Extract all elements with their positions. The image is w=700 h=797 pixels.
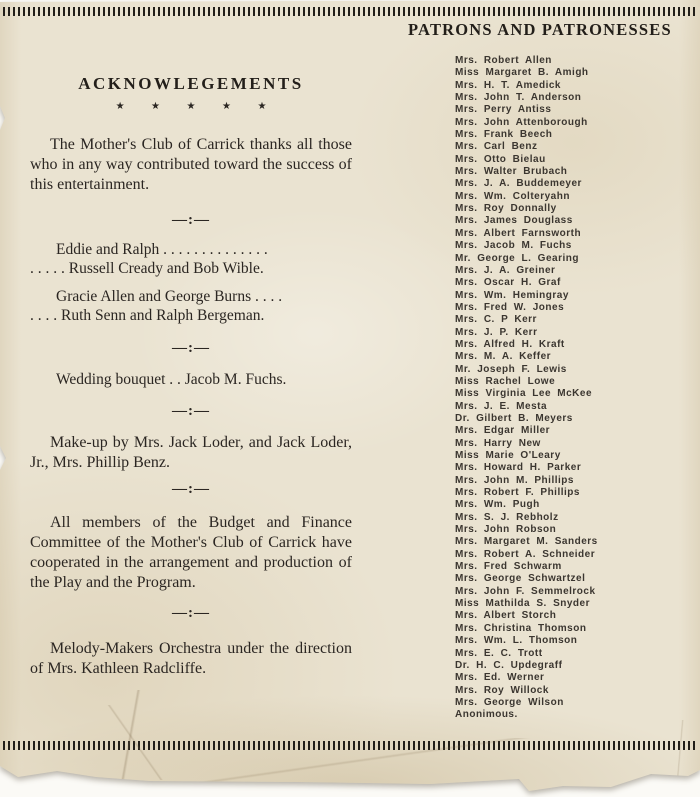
patron-name: Miss Rachel Lowe	[455, 376, 694, 388]
patron-name: Mrs. S. J. Rebholz	[455, 512, 694, 524]
stars-divider: ★ ★ ★ ★ ★	[30, 101, 352, 112]
patron-name: Mrs. Ed. Werner	[455, 672, 694, 684]
patron-name: Anonimous.	[455, 709, 694, 721]
patron-name: Mrs. Walter Brubach	[455, 166, 694, 178]
patron-name: Dr. H. C. Updegraff	[455, 660, 694, 672]
orchestra-paragraph: Melody-Makers Orchestra under the direct…	[30, 639, 352, 679]
patron-name: Mr. George L. Gearing	[455, 253, 694, 265]
patron-name: Miss Mathilda S. Snyder	[455, 598, 694, 610]
patron-name: Mrs. C. P Kerr	[455, 314, 694, 326]
patron-name: Mrs. Fred W. Jones	[455, 302, 694, 314]
makeup-paragraph: Make-up by Mrs. Jack Loder, and Jack Lod…	[30, 433, 352, 473]
patron-name: Mrs. Otto Bielau	[455, 154, 694, 166]
patron-name: Mrs. J. A. Buddemeyer	[455, 178, 694, 190]
patron-name: Mrs. Wm. Pugh	[455, 499, 694, 511]
patron-name: Mrs. Albert Storch	[455, 610, 694, 622]
patron-name: Mrs. Alfred H. Kraft	[455, 339, 694, 351]
patron-name: Mr. Joseph F. Lewis	[455, 364, 694, 376]
credit-eddie-ralph: Eddie and Ralph . . . . . . . . . . . . …	[30, 240, 352, 278]
patron-name: Mrs. Margaret M. Sanders	[455, 536, 694, 548]
patron-name: Mrs. James Douglass	[455, 215, 694, 227]
patrons-list: Mrs. Robert AllenMiss Margaret B. AmighM…	[408, 55, 694, 722]
patron-name: Mrs. Robert A. Schneider	[455, 549, 694, 561]
decorative-border-top	[3, 7, 697, 16]
patron-name: Mrs. John F. Semmelrock	[455, 586, 694, 598]
patron-name: Mrs. John T. Anderson	[455, 92, 694, 104]
patron-name: Mrs. J. E. Mesta	[455, 401, 694, 413]
patron-name: Miss Virginia Lee McKee	[455, 388, 694, 400]
patron-name: Mrs. John M. Phillips	[455, 475, 694, 487]
paper-sheet: ACKNOWLEGEMENTS ★ ★ ★ ★ ★ The Mother's C…	[0, 0, 700, 793]
patron-name: Mrs. Robert F. Phillips	[455, 487, 694, 499]
patron-name: Mrs. M. A. Keffer	[455, 351, 694, 363]
patron-name: Dr. Gilbert B. Meyers	[455, 413, 694, 425]
patron-name: Mrs. Jacob M. Fuchs	[455, 240, 694, 252]
acknowledgements-section: ACKNOWLEGEMENTS ★ ★ ★ ★ ★ The Mother's C…	[30, 74, 352, 679]
decorative-border-bottom	[3, 741, 697, 750]
credit-gracie-george: Gracie Allen and George Burns . . . . . …	[30, 287, 352, 325]
patron-name: Mrs. Carl Benz	[455, 141, 694, 153]
patron-name: Mrs. Albert Farnsworth	[455, 228, 694, 240]
credit-line: . . . . . Russell Cready and Bob Wible.	[30, 260, 264, 277]
patron-name: Mrs. H. T. Amedick	[455, 80, 694, 92]
credit-line: Eddie and Ralph . . . . . . . . . . . . …	[30, 241, 268, 258]
patron-name: Mrs. Wm. Colteryahn	[455, 191, 694, 203]
patron-name: Mrs. Roy Willock	[455, 685, 694, 697]
patron-name: Mrs. Howard H. Parker	[455, 462, 694, 474]
patron-name: Mrs. George Schwartzel	[455, 573, 694, 585]
section-divider: —:—	[30, 212, 352, 229]
patron-name: Mrs. E. C. Trott	[455, 648, 694, 660]
section-divider: —:—	[30, 340, 352, 357]
patron-name: Mrs. J. P. Kerr	[455, 327, 694, 339]
patron-name: Mrs. Perry Antiss	[455, 104, 694, 116]
patron-name: Mrs. John Robson	[455, 524, 694, 536]
committee-paragraph: All members of the Budget and Finance Co…	[30, 513, 352, 593]
patron-name: Mrs. George Wilson	[455, 697, 694, 709]
patron-name: Mrs. Wm. Hemingray	[455, 290, 694, 302]
patrons-heading: PATRONS AND PATRONESSES	[408, 20, 694, 40]
patron-name: Mrs. Harry New	[455, 438, 694, 450]
patron-name: Mrs. Roy Donnally	[455, 203, 694, 215]
acknowledgements-heading: ACKNOWLEGEMENTS	[30, 74, 352, 94]
patron-name: Mrs. Frank Beech	[455, 129, 694, 141]
patron-name: Mrs. Robert Allen	[455, 55, 694, 67]
section-divider: —:—	[30, 481, 352, 498]
credit-line: . . . . Ruth Senn and Ralph Bergeman.	[30, 307, 264, 324]
patrons-section: PATRONS AND PATRONESSES Mrs. Robert Alle…	[408, 20, 694, 722]
patron-name: Mrs. Wm. L. Thomson	[455, 635, 694, 647]
patron-name: Mrs. Edgar Miller	[455, 425, 694, 437]
patron-name: Miss Margaret B. Amigh	[455, 67, 694, 79]
patron-name: Mrs. Fred Schwarm	[455, 561, 694, 573]
intro-paragraph: The Mother's Club of Carrick thanks all …	[30, 135, 352, 195]
scanned-program-page: ACKNOWLEGEMENTS ★ ★ ★ ★ ★ The Mother's C…	[0, 0, 700, 797]
section-divider: —:—	[30, 605, 352, 622]
credit-line: Gracie Allen and George Burns . . . .	[30, 288, 282, 305]
credit-wedding-bouquet: Wedding bouquet . . Jacob M. Fuchs.	[30, 371, 352, 389]
patron-name: Mrs. J. A. Greiner	[455, 265, 694, 277]
section-divider: —:—	[30, 403, 352, 420]
patron-name: Mrs. Oscar H. Graf	[455, 277, 694, 289]
patron-name: Mrs. Christina Thomson	[455, 623, 694, 635]
patron-name: Mrs. John Attenborough	[455, 117, 694, 129]
patron-name: Miss Marie O'Leary	[455, 450, 694, 462]
